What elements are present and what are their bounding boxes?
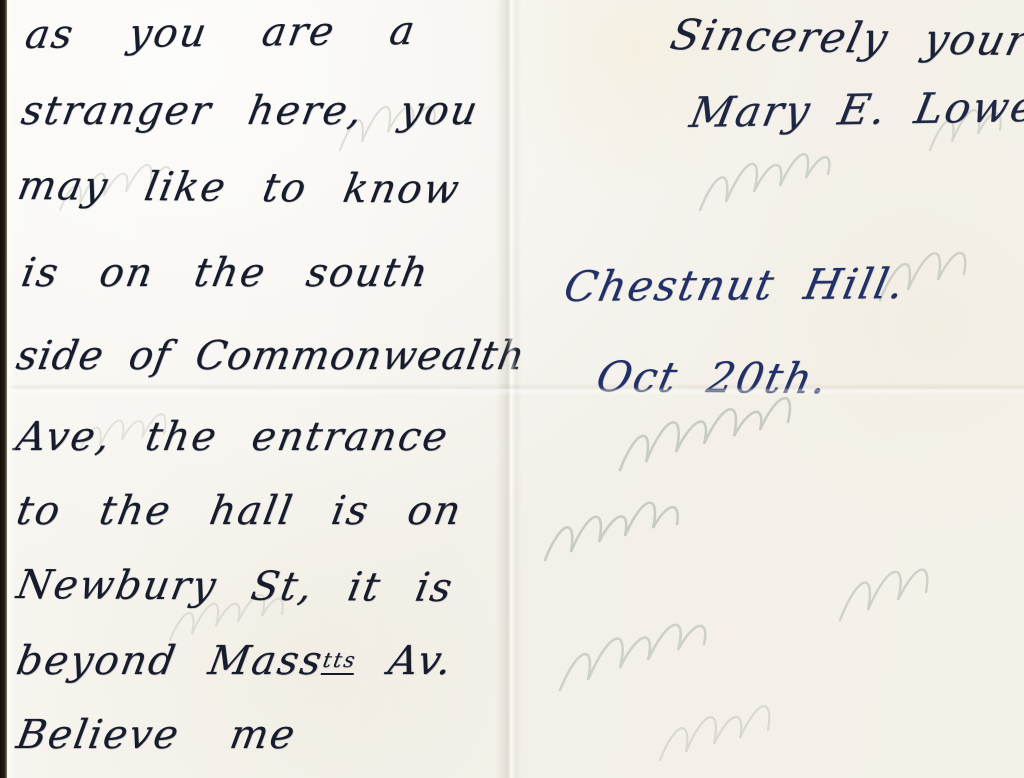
ghost-stroke [560,625,705,690]
ghost-stroke [620,398,790,470]
ghost-stroke [660,706,769,760]
letter-line-text: Av. [352,638,457,684]
letter-line: stranger here, you [18,88,483,134]
letter-line: may like to know [14,163,464,213]
letter-line: Ave, the entrance [13,414,453,460]
ghost-stroke [840,570,927,620]
letter-line: to the hall is on [13,488,466,534]
letter-scan: as you are a stranger here, you may like… [0,0,1024,778]
letter-line: is on the south [18,250,433,296]
horizontal-fold-crease [0,383,1024,396]
ghost-stroke [700,154,829,210]
ghost-stroke [545,503,678,560]
letter-line: beyond Masstts Av. [13,638,457,684]
letter-line-text: beyond Mass [13,638,327,684]
letter-line: as you are a [22,8,420,58]
letter-line: Believe me [13,712,300,758]
letter-signature: Mary E. Lowell. [686,81,1024,137]
letter-closing: Sincerely yours [666,10,1024,66]
letter-line: side of Commonwealth [13,333,529,379]
paper-edge-highlight [7,0,16,778]
letter-line: Newbury St, it is [13,562,457,611]
letter-place: Chestnut Hill. [560,259,910,311]
superscript-abbreviation: tts [321,648,359,675]
